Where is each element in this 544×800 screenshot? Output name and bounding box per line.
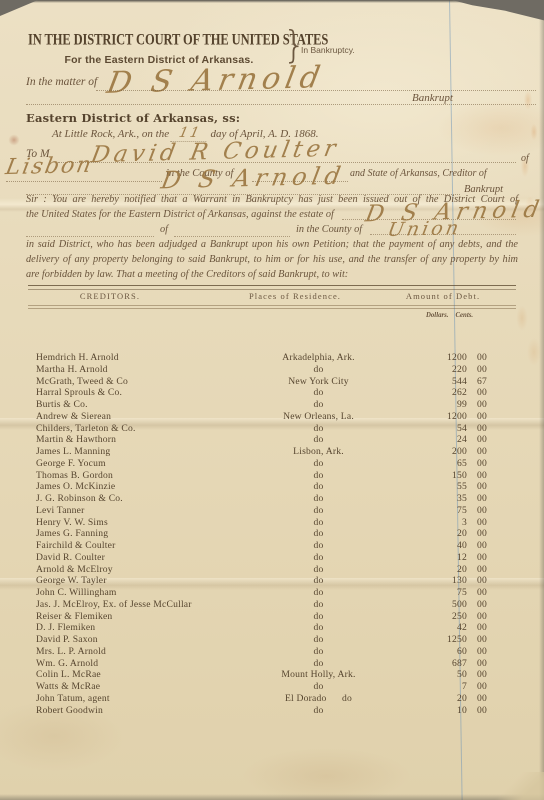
creditor-amount-dollars: 24 bbox=[391, 434, 467, 446]
creditor-amount-dollars: 54 bbox=[391, 423, 467, 435]
creditor-amount-dollars: 687 bbox=[391, 658, 467, 670]
creditor-amount-dollars: 150 bbox=[391, 470, 467, 482]
state-label: and State of Arkansas, Creditor of bbox=[350, 168, 487, 179]
creditor-amount-cents: 00 bbox=[467, 540, 487, 552]
creditor-amount-dollars: 3 bbox=[391, 517, 467, 529]
photo-bottom-edge bbox=[0, 794, 544, 800]
table-row: Andrew & Sierean New Orleans, La. 1200 0… bbox=[36, 411, 487, 423]
creditor-amount-dollars: 99 bbox=[391, 399, 467, 411]
creditor-name: Wm. G. Arnold bbox=[36, 658, 246, 670]
table-row: Harral Sprouls & Co. do 262 00 bbox=[36, 387, 487, 399]
creditor-amount-dollars: 250 bbox=[391, 611, 467, 623]
creditor-amount-dollars: 20 bbox=[391, 693, 467, 705]
creditor-residence: do bbox=[246, 587, 391, 599]
notice-county-label: in the County of bbox=[296, 223, 362, 237]
table-row: James G. Fanning do 20 00 bbox=[36, 528, 487, 540]
table-row: John Tatum, agent El Dorado do 20 00 bbox=[36, 693, 487, 705]
table-row: James L. Manning Lisbon, Ark. 200 00 bbox=[36, 446, 487, 458]
table-row: Levi Tanner do 75 00 bbox=[36, 505, 487, 517]
creditor-name: George W. Tayler bbox=[36, 575, 246, 587]
form-rule bbox=[26, 104, 536, 105]
creditor-amount-dollars: 20 bbox=[391, 528, 467, 540]
creditor-residence: do bbox=[246, 470, 391, 482]
creditor-amount-cents: 00 bbox=[467, 669, 487, 681]
creditor-amount-cents: 00 bbox=[467, 364, 487, 376]
table-row: David R. Coulter do 12 00 bbox=[36, 552, 487, 564]
table-header-rule bbox=[28, 308, 516, 309]
creditor-name: Jas. J. McElroy, Ex. of Jesse McCullar bbox=[36, 599, 246, 611]
table-row: George F. Yocum do 65 00 bbox=[36, 458, 487, 470]
table-row: Jas. J. McElroy, Ex. of Jesse McCullar d… bbox=[36, 599, 487, 611]
creditor-name: D. J. Flemiken bbox=[36, 622, 246, 634]
creditor-residence: do bbox=[246, 540, 391, 552]
table-row: Colin L. McRae Mount Holly, Ark. 50 00 bbox=[36, 669, 487, 681]
creditor-amount-cents: 00 bbox=[467, 528, 487, 540]
creditor-residence: do bbox=[246, 564, 391, 576]
table-row: Fairchild & Coulter do 40 00 bbox=[36, 540, 487, 552]
creditor-name: Henry V. W. Sims bbox=[36, 517, 246, 529]
creditor-residence: do bbox=[246, 434, 391, 446]
matter-label: In the matter of bbox=[26, 76, 97, 88]
creditor-amount-cents: 67 bbox=[467, 376, 487, 388]
creditor-name: Harral Sprouls & Co. bbox=[36, 387, 246, 399]
creditor-name: Thomas B. Gordon bbox=[36, 470, 246, 482]
table-row: Childers, Tarleton & Co. do 54 00 bbox=[36, 423, 487, 435]
creditor-name: John Tatum, agent bbox=[36, 693, 246, 705]
notice-line-6: are forbidden by law. That a meeting of … bbox=[26, 268, 518, 282]
creditor-amount-cents: 00 bbox=[467, 481, 487, 493]
creditor-residence: do bbox=[246, 493, 391, 505]
creditor-name: Childers, Tarleton & Co. bbox=[36, 423, 246, 435]
creditor-amount-cents: 00 bbox=[467, 611, 487, 623]
notice-of-label: of bbox=[160, 223, 168, 237]
creditor-name: Watts & McRae bbox=[36, 681, 246, 693]
creditor-amount-cents: 00 bbox=[467, 505, 487, 517]
creditor-residence: do bbox=[246, 681, 391, 693]
creditor-amount-dollars: 75 bbox=[391, 505, 467, 517]
date-prefix: At Little Rock, Ark., on the bbox=[52, 128, 169, 140]
creditor-name: McGrath, Tweed & Co bbox=[36, 376, 246, 388]
table-row: D. J. Flemiken do 42 00 bbox=[36, 622, 487, 634]
form-rule bbox=[96, 90, 536, 91]
creditor-residence: do bbox=[246, 481, 391, 493]
creditor-residence: do bbox=[246, 611, 391, 623]
creditor-amount-dollars: 262 bbox=[391, 387, 467, 399]
scanned-bankruptcy-notice: IN THE DISTRICT COURT OF THE UNITED STAT… bbox=[0, 0, 544, 800]
creditor-name: Fairchild & Coulter bbox=[36, 540, 246, 552]
creditor-residence: do bbox=[246, 399, 391, 411]
creditor-residence: Lisbon, Ark. bbox=[246, 446, 391, 458]
creditor-name: James G. Fanning bbox=[36, 528, 246, 540]
creditor-residence: do bbox=[246, 528, 391, 540]
creditor-amount-cents: 00 bbox=[467, 587, 487, 599]
handwritten-matter-name: D S Arnold bbox=[104, 60, 328, 101]
table-row: J. G. Robinson & Co. do 35 00 bbox=[36, 493, 487, 505]
creditor-amount-dollars: 20 bbox=[391, 564, 467, 576]
creditor-amount-dollars: 220 bbox=[391, 364, 467, 376]
creditor-table-rows: Hemdrich H. Arnold Arkadelphia, Ark. 120… bbox=[36, 352, 487, 716]
creditor-residence: do bbox=[246, 517, 391, 529]
notice-line-5: delivery of any property belonging to sa… bbox=[26, 253, 518, 267]
creditor-residence: New Orleans, La. bbox=[246, 411, 391, 423]
creditor-amount-dollars: 40 bbox=[391, 540, 467, 552]
creditor-amount-dollars: 65 bbox=[391, 458, 467, 470]
creditor-amount-dollars: 50 bbox=[391, 669, 467, 681]
form-rule bbox=[6, 181, 162, 182]
form-rule bbox=[26, 224, 154, 237]
court-title: IN THE DISTRICT COURT OF THE UNITED STAT… bbox=[28, 30, 290, 50]
creditor-residence: do bbox=[246, 458, 391, 470]
creditor-name: Robert Goodwin bbox=[36, 705, 246, 717]
creditor-name: Burtis & Co. bbox=[36, 399, 246, 411]
photo-right-edge bbox=[539, 0, 544, 800]
creditor-amount-cents: 00 bbox=[467, 622, 487, 634]
creditor-name: James O. McKinzie bbox=[36, 481, 246, 493]
column-header-creditors: CREDITORS. bbox=[30, 291, 190, 301]
creditor-name: Hemdrich H. Arnold bbox=[36, 352, 246, 364]
creditor-amount-cents: 00 bbox=[467, 517, 487, 529]
table-row: James O. McKinzie do 55 00 bbox=[36, 481, 487, 493]
creditor-amount-cents: 00 bbox=[467, 658, 487, 670]
creditor-amount-cents: 00 bbox=[467, 411, 487, 423]
handwritten-bankrupt-name: D S Arnold bbox=[159, 162, 348, 195]
creditor-residence: do bbox=[246, 575, 391, 587]
table-row: Arnold & McElroy do 20 00 bbox=[36, 564, 487, 576]
creditor-amount-cents: 00 bbox=[467, 564, 487, 576]
creditor-amount-cents: 00 bbox=[467, 352, 487, 364]
creditor-amount-dollars: 1200 bbox=[391, 352, 467, 364]
paper-corner-fold bbox=[490, 772, 544, 800]
creditor-name: Martha H. Arnold bbox=[36, 364, 246, 376]
creditor-amount-cents: 00 bbox=[467, 387, 487, 399]
creditor-name: Mrs. L. P. Arnold bbox=[36, 646, 246, 658]
creditor-amount-cents: 00 bbox=[467, 634, 487, 646]
creditor-amount-dollars: 10 bbox=[391, 705, 467, 717]
creditor-residence: Arkadelphia, Ark. bbox=[246, 352, 391, 364]
creditor-amount-cents: 00 bbox=[467, 493, 487, 505]
creditor-residence: do bbox=[246, 423, 391, 435]
column-header-amount: Amount of Debt. bbox=[378, 291, 508, 301]
creditor-residence: do bbox=[246, 505, 391, 517]
creditor-residence: do bbox=[246, 646, 391, 658]
table-row: George W. Tayler do 130 00 bbox=[36, 575, 487, 587]
creditor-amount-dollars: 1200 bbox=[391, 411, 467, 423]
table-header-rule bbox=[28, 305, 516, 306]
creditor-residence: do bbox=[246, 658, 391, 670]
creditor-amount-cents: 00 bbox=[467, 599, 487, 611]
creditor-amount-cents: 00 bbox=[467, 646, 487, 658]
creditor-amount-dollars: 544 bbox=[391, 376, 467, 388]
table-row: Thomas B. Gordon do 150 00 bbox=[36, 470, 487, 482]
table-row: Burtis & Co. do 99 00 bbox=[36, 399, 487, 411]
notice-line-4: in said District, who has been adjudged … bbox=[26, 238, 518, 252]
creditor-amount-dollars: 500 bbox=[391, 599, 467, 611]
table-row: John C. Willingham do 75 00 bbox=[36, 587, 487, 599]
creditor-amount-cents: 00 bbox=[467, 470, 487, 482]
creditor-residence: do bbox=[246, 552, 391, 564]
creditor-amount-dollars: 60 bbox=[391, 646, 467, 658]
creditor-amount-cents: 00 bbox=[467, 434, 487, 446]
handwritten-town: Lisbon bbox=[3, 153, 95, 180]
creditor-name: Andrew & Sierean bbox=[36, 411, 246, 423]
creditor-amount-dollars: 1250 bbox=[391, 634, 467, 646]
creditor-name: David R. Coulter bbox=[36, 552, 246, 564]
district-ss-line: Eastern District of Arkansas, ss: bbox=[26, 111, 240, 125]
table-row: Hemdrich H. Arnold Arkadelphia, Ark. 120… bbox=[36, 352, 487, 364]
creditor-amount-cents: 00 bbox=[467, 399, 487, 411]
creditor-name: George F. Yocum bbox=[36, 458, 246, 470]
cents-label: Cents. bbox=[455, 312, 473, 319]
bankrupt-label: Bankrupt bbox=[412, 92, 453, 104]
creditor-name: David P. Saxon bbox=[36, 634, 246, 646]
creditor-name: Reiser & Flemiken bbox=[36, 611, 246, 623]
creditor-name: Arnold & McElroy bbox=[36, 564, 246, 576]
creditor-name: John C. Willingham bbox=[36, 587, 246, 599]
creditor-amount-cents: 00 bbox=[467, 575, 487, 587]
creditor-residence: El Dorado do bbox=[246, 693, 391, 705]
table-row: Mrs. L. P. Arnold do 60 00 bbox=[36, 646, 487, 658]
creditor-residence: do bbox=[246, 634, 391, 646]
table-row: Wm. G. Arnold do 687 00 bbox=[36, 658, 487, 670]
creditor-amount-dollars: 12 bbox=[391, 552, 467, 564]
creditor-name: Colin L. McRae bbox=[36, 669, 246, 681]
creditor-name: Levi Tanner bbox=[36, 505, 246, 517]
of-label: of bbox=[521, 153, 529, 164]
form-rule bbox=[174, 224, 290, 237]
creditor-amount-dollars: 7 bbox=[391, 681, 467, 693]
creditor-amount-dollars: 42 bbox=[391, 622, 467, 634]
creditor-amount-dollars: 200 bbox=[391, 446, 467, 458]
creditor-residence: Mount Holly, Ark. bbox=[246, 669, 391, 681]
creditor-name: James L. Manning bbox=[36, 446, 246, 458]
table-row: McGrath, Tweed & Co New York City 544 67 bbox=[36, 376, 487, 388]
creditor-name: J. G. Robinson & Co. bbox=[36, 493, 246, 505]
creditor-name: Martin & Hawthorn bbox=[36, 434, 246, 446]
creditor-amount-dollars: 55 bbox=[391, 481, 467, 493]
creditor-amount-cents: 00 bbox=[467, 681, 487, 693]
dollars-label: Dollars. bbox=[426, 312, 448, 319]
creditor-amount-cents: 00 bbox=[467, 458, 487, 470]
creditor-amount-dollars: 130 bbox=[391, 575, 467, 587]
creditor-amount-dollars: 35 bbox=[391, 493, 467, 505]
table-row: Martha H. Arnold do 220 00 bbox=[36, 364, 487, 376]
creditor-residence: do bbox=[246, 705, 391, 717]
creditor-amount-dollars: 75 bbox=[391, 587, 467, 599]
creditor-amount-cents: 00 bbox=[467, 446, 487, 458]
in-bankruptcy-note: In Bankruptcy. bbox=[301, 45, 355, 55]
creditor-amount-cents: 00 bbox=[467, 423, 487, 435]
table-row: Watts & McRae do 7 00 bbox=[36, 681, 487, 693]
creditor-residence: do bbox=[246, 364, 391, 376]
creditor-residence: do bbox=[246, 599, 391, 611]
table-row: Robert Goodwin do 10 00 bbox=[36, 705, 487, 717]
table-row: Reiser & Flemiken do 250 00 bbox=[36, 611, 487, 623]
creditor-amount-cents: 00 bbox=[467, 705, 487, 717]
notice-line-2-text: the United States for the Eastern Distri… bbox=[26, 208, 334, 222]
table-top-rule bbox=[28, 285, 516, 290]
column-header-residence: Places of Residence. bbox=[215, 291, 375, 301]
creditor-amount-cents: 00 bbox=[467, 552, 487, 564]
table-row: Martin & Hawthorn do 24 00 bbox=[36, 434, 487, 446]
creditor-residence: do bbox=[246, 622, 391, 634]
table-row: Henry V. W. Sims do 3 00 bbox=[36, 517, 487, 529]
creditor-residence: New York City bbox=[246, 376, 391, 388]
dollars-cents-labels: Dollars.Cents. bbox=[426, 312, 480, 319]
creditor-residence: do bbox=[246, 387, 391, 399]
creditor-amount-cents: 00 bbox=[467, 693, 487, 705]
table-row: David P. Saxon do 1250 00 bbox=[36, 634, 487, 646]
